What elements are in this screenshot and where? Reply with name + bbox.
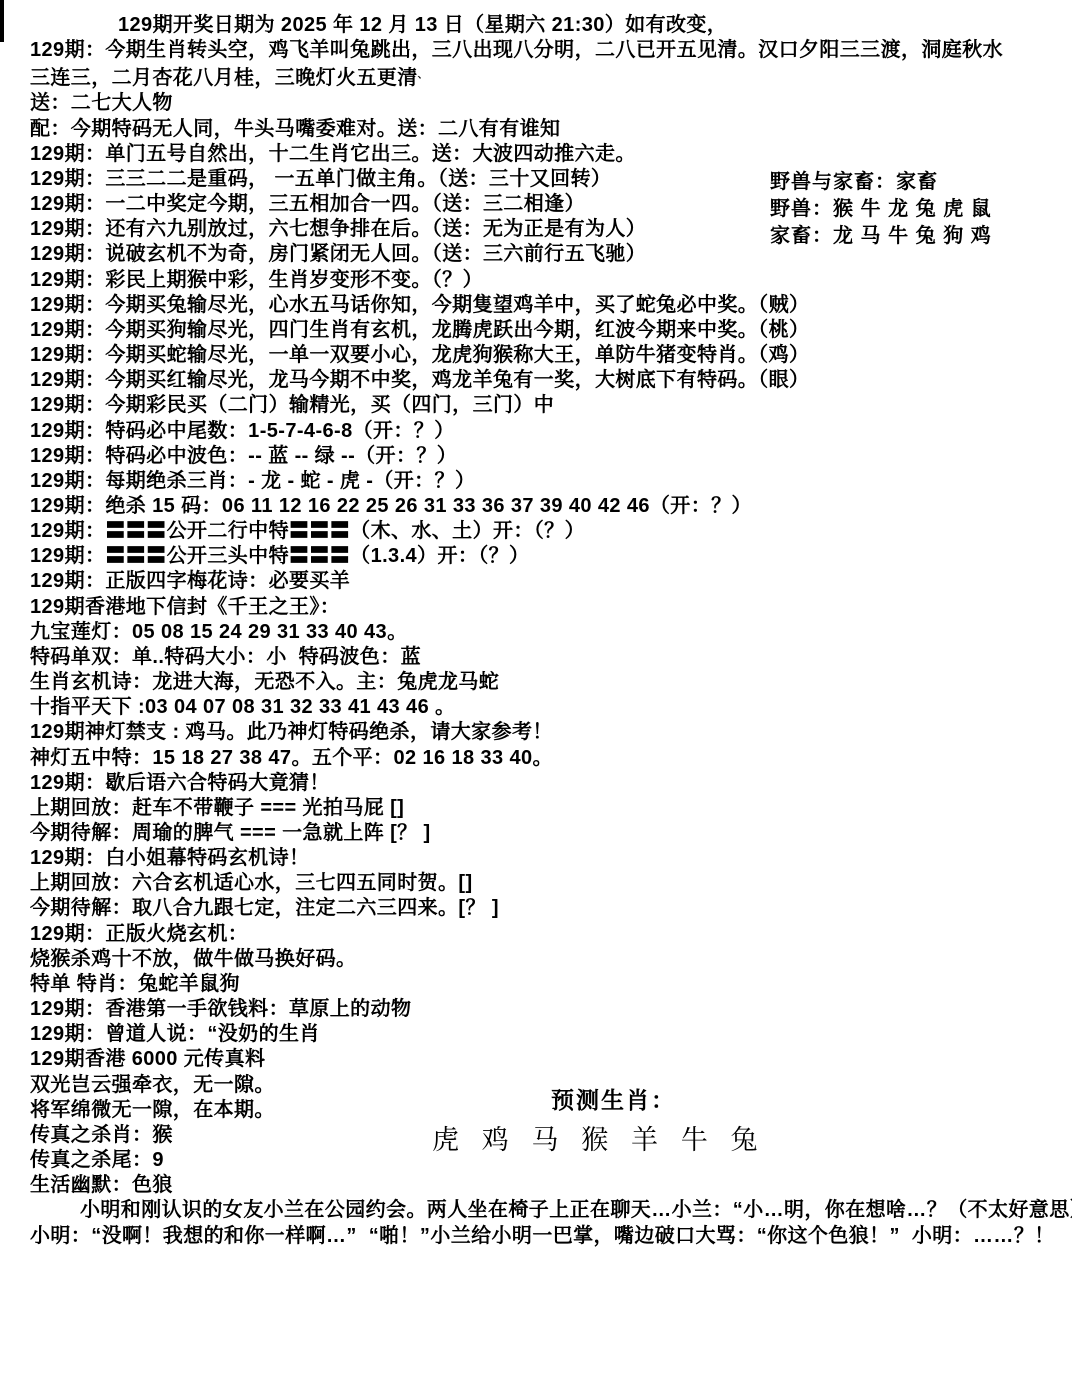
doc-line: 129期：单门五号自然出，十二生肖它出三。送：大波四动推六走。 xyxy=(30,142,1066,167)
beast-livestock-title: 野兽与家畜：家畜 xyxy=(770,169,992,196)
doc-line: 今期待解：周瑜的脾气 === 一急就上阵 [？ ] xyxy=(30,821,1066,846)
beast-livestock-panel: 野兽与家畜：家畜 野兽：猴 牛 龙 兔 虎 鼠 家畜：龙 马 牛 兔 狗 鸡 xyxy=(770,169,992,250)
scan-noise-mark: 、 xyxy=(418,70,428,81)
doc-line: 特单 特肖：兔蛇羊鼠狗 xyxy=(30,972,1066,997)
doc-line: 129期：今期生肖转头空，鸡飞羊叫兔跳出，三八出现八分明，二八已开五见清。汉口夕… xyxy=(30,38,1066,63)
doc-line: 今期待解：取八合九跟七定，注定二六三四来。[？ ] xyxy=(30,896,1066,921)
doc-line: 十指平天下 :03 04 07 08 31 32 33 41 43 46 。 xyxy=(30,695,1066,720)
doc-line: 上期回放：赶车不带鞭子 === 光拍马屁 [] xyxy=(30,796,1066,821)
doc-line: 129期：今期买红输尽光，龙马今期不中奖，鸡龙羊兔有一奖，大树底下有特码。（眼） xyxy=(30,368,1066,393)
humor-paragraph-line: 小明：“没啊！我想的和你一样啊…” “啪！”小兰给小明一巴掌，嘴边破口大骂：“你… xyxy=(30,1224,1066,1249)
doc-line: 129期：今期买狗输尽光，四门生肖有玄机，龙腾虎跃出今期，红波今期来中奖。（桃） xyxy=(30,318,1066,343)
doc-line: 129期：特码必中尾数：1-5-7-4-6-8（开：？） xyxy=(30,419,1066,444)
doc-line: 129期神灯禁支 : 鸡马。此乃神灯特码绝杀，请大家参考！ xyxy=(30,720,1066,745)
doc-line: 九宝莲灯：05 08 15 24 29 31 33 40 43。 xyxy=(30,620,1066,645)
doc-line: 配：今期特码无人同，牛头马嘴委难对。送：二八有有谁知 xyxy=(30,117,1066,142)
doc-line: 129期：正版四字梅花诗：必要买羊 xyxy=(30,569,1066,594)
domestic-animals-line: 家畜：龙 马 牛 兔 狗 鸡 xyxy=(770,223,992,250)
prediction-label: 预测生肖： xyxy=(551,1082,676,1115)
doc-line: 129期香港 6000 元传真料 xyxy=(30,1047,1066,1072)
doc-line: 129期：歇后语六合特码大竟猜！ xyxy=(30,771,1066,796)
doc-line: 129期：香港第一手欲钱料：草原上的动物 xyxy=(30,997,1066,1022)
doc-line: 129期：曾道人说：“没奶的生肖 xyxy=(30,1022,1066,1047)
doc-line: 特码单双：单..特码大小：小 特码波色：蓝 xyxy=(30,645,1066,670)
wild-animals-line: 野兽：猴 牛 龙 兔 虎 鼠 xyxy=(770,196,992,223)
doc-line: 烧猴杀鸡十不放，做牛做马换好码。 xyxy=(30,947,1066,972)
doc-line: 129期：每期绝杀三肖：- 龙 - 蛇 - 虎 -（开：？） xyxy=(30,469,1066,494)
doc-line: 129期：正版火烧玄机： xyxy=(30,922,1066,947)
draw-date-header: 129期开奖日期为 2025 年 12 月 13 日（星期六 21:30）如有改… xyxy=(30,13,1066,38)
doc-line: 129期：白小姐幕特码玄机诗！ xyxy=(30,846,1066,871)
doc-line: 双光岂云强牵衣，无一隙。 xyxy=(30,1073,1066,1098)
humor-paragraph-line: 小明和刚认识的女友小兰在公园约会。两人坐在椅子上正在聊天…小兰：“小…明，你在想… xyxy=(30,1198,1066,1223)
doc-line: 神灯五中特：15 18 27 38 47。五个平：02 16 18 33 40。 xyxy=(30,746,1066,771)
doc-line: 上期回放：六合玄机适心水，三七四五同时贺。[] xyxy=(30,871,1066,896)
doc-line: 129期：彩民上期猴中彩，生肖岁变形不变。（？） xyxy=(30,268,1066,293)
doc-line: 129期：今期彩民买（二门）输精光，买（四门，三门）中 xyxy=(30,393,1066,418)
doc-line: 送：二七大人物 xyxy=(30,91,1066,116)
doc-line: 生肖玄机诗：龙进大海，无恐不入。主：兔虎龙马蛇 xyxy=(30,670,1066,695)
doc-line: 129期香港地下信封《千王之王》： xyxy=(30,595,1066,620)
doc-line-text: 三连三，二月杏花八月桂，三晚灯火五更清 xyxy=(30,67,418,89)
prediction-zodiacs: 虎 鸡 马 猴 羊 牛 兔 xyxy=(432,1118,766,1157)
doc-line: 129期：今期买兔输尽光，心水五马话你知，今期隻望鸡羊中，买了蛇兔必中奖。（贼） xyxy=(30,293,1066,318)
scan-corner-mark xyxy=(0,0,4,42)
doc-line: 生活幽默：色狼 xyxy=(30,1173,1066,1198)
doc-line: 129期：〓〓〓公开二行中特〓〓〓（木、水、土）开：（？） xyxy=(30,519,1066,544)
doc-line: 129期：绝杀 15 码：06 11 12 16 22 25 26 31 33 … xyxy=(30,494,1066,519)
doc-line: 129期：〓〓〓公开三头中特〓〓〓（1.3.4）开：（？） xyxy=(30,544,1066,569)
doc-line: 三连三，二月杏花八月桂，三晚灯火五更清、 xyxy=(30,63,1066,91)
doc-line: 129期：特码必中波色：-- 蓝 -- 绿 --（开：？） xyxy=(30,444,1066,469)
doc-line: 129期：今期买蛇输尽光，一单一双要小心，龙虎狗猴称大王，单防牛猪变特肖。（鸡） xyxy=(30,343,1066,368)
